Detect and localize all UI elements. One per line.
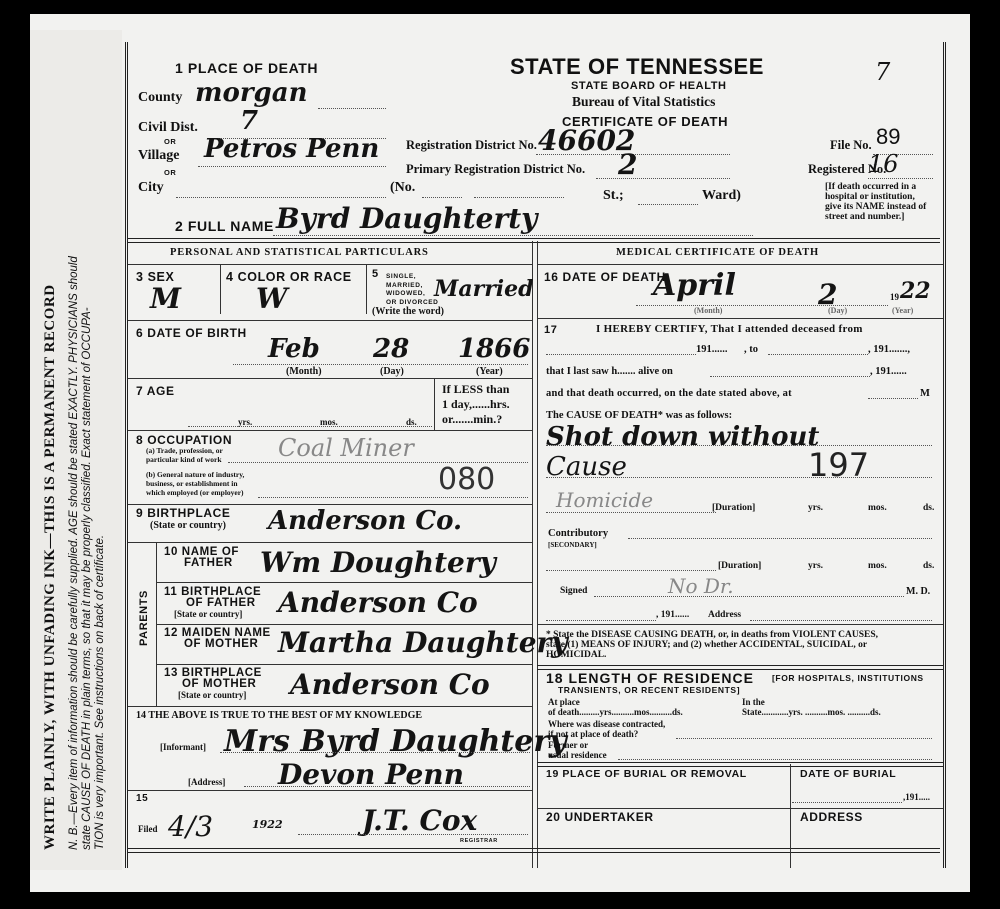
day-caption: (Day) — [380, 366, 404, 377]
st-label: St.; — [603, 188, 624, 204]
occ-a-line: (a) Trade, profession, or — [146, 446, 223, 455]
true-statement-label: 14 THE ABOVE IS TRUE TO THE BEST OF MY K… — [136, 710, 422, 721]
parents-label: PARENTS — [138, 590, 150, 646]
less-line: 1 day,......hrs. — [442, 397, 510, 412]
nb-instructions: N. B.—Every item of information should b… — [68, 256, 107, 850]
hospital-note: [If death occurred in a hospital or inst… — [825, 182, 926, 222]
corner-mark: 7 — [875, 58, 890, 86]
county-label: County — [138, 90, 182, 106]
cert-line-3b: , 191...... — [870, 366, 907, 377]
cause-footnote: * State the DISEASE CAUSING DEATH, or, i… — [546, 630, 878, 660]
at-place-of-death: At place of death.........yrs..........m… — [548, 697, 683, 717]
former-residence: Former or usual residence — [548, 740, 607, 760]
or-label-1: OR — [164, 137, 176, 146]
residence-sub-1: [FOR HOSPITALS, INSTITUTIONS — [772, 673, 924, 683]
residence-label: 18 LENGTH OF RESIDENCE — [546, 670, 754, 686]
county-value[interactable]: morgan — [195, 78, 307, 108]
marital-hint: (Write the word) — [372, 306, 444, 317]
registration-district-label: Registration District No. — [406, 138, 537, 153]
month-caption: (Month) — [286, 366, 322, 377]
cert-line-4: and that death occurred, on the date sta… — [546, 388, 792, 399]
duration-yrs-2: yrs. — [808, 561, 823, 571]
md-label: M. D. — [906, 586, 930, 597]
burial-date-label: DATE OF BURIAL — [800, 768, 896, 780]
father-name-label-line: FATHER — [164, 558, 239, 569]
mother-birthplace-label: 13 BIRTHPLACE OF MOTHER [State or countr… — [164, 668, 262, 701]
registrar-signature[interactable]: J.T. Cox — [362, 804, 477, 837]
former-line: usual residence — [548, 750, 607, 760]
race-label: 4 COLOR OR RACE — [226, 270, 352, 284]
city-no-label: (No. — [390, 180, 415, 196]
duration-ds-1: ds. — [923, 503, 934, 513]
father-birthplace-value[interactable]: Anderson Co — [278, 586, 478, 619]
death-certificate-form: 1 PLACE OF DEATH STATE OF TENNESSEE STAT… — [125, 42, 946, 868]
dod-year-caption: (Year) — [892, 306, 913, 315]
cause-line-1-value[interactable]: Shot down without — [546, 422, 819, 452]
mother-name-value[interactable]: Martha Daughtery — [278, 626, 568, 659]
burial-date-191: ,191..... — [903, 792, 930, 802]
occupation-b-label: (b) General nature of industry, business… — [146, 470, 244, 497]
file-no-label: File No. — [830, 138, 872, 153]
cert-item-num: 17 — [544, 324, 557, 336]
cause-of-death-label: The CAUSE OF DEATH* was as follows: — [546, 410, 732, 421]
item-15-label: 15 — [136, 793, 148, 804]
father-birthplace-label: 11 BIRTHPLACE OF FATHER [State or countr… — [164, 587, 261, 620]
signed-date-191: , 191...... — [656, 610, 689, 620]
secondary-label: [SECONDARY] — [548, 541, 597, 549]
dod-year-value[interactable]: 22 — [900, 278, 931, 304]
occ-b-line: business, or establishment in — [146, 479, 244, 488]
duration-yrs-1: yrs. — [808, 503, 823, 513]
duration-label-1: [Duration] — [712, 503, 755, 513]
dob-month-value[interactable]: Feb — [268, 334, 320, 364]
less-line: If LESS than — [442, 382, 510, 397]
in-state-line: State............yrs. ..........mos. ...… — [742, 707, 881, 717]
where-contracted: Where was disease contracted, if not at … — [548, 719, 665, 739]
cert-line-2a: 191...... — [696, 344, 728, 355]
birthplace-sub: (State or country) — [150, 520, 226, 531]
physician-address-label: Address — [708, 610, 741, 620]
mother-name-label: 12 MAIDEN NAME OF MOTHER — [164, 628, 271, 650]
nb-line-1: N. B.—Every item of information should b… — [68, 256, 81, 850]
occ-a-line: particular kind of work — [146, 455, 223, 464]
civil-dist-label: Civil Dist. — [138, 120, 198, 136]
contributory-label: Contributory — [548, 528, 608, 539]
medical-section-title: MEDICAL CERTIFICATE OF DEATH — [616, 247, 819, 258]
dod-month-value[interactable]: April — [653, 268, 736, 303]
filed-year-value[interactable]: 1922 — [252, 818, 283, 831]
filed-label: Filed — [138, 824, 158, 834]
dob-label: 6 DATE OF BIRTH — [136, 326, 247, 340]
mother-birthplace-value[interactable]: Anderson Co — [290, 668, 490, 701]
city-label: City — [138, 180, 164, 196]
bureau-title: Bureau of Vital Statistics — [572, 94, 715, 110]
civil-dist-value[interactable]: 7 — [240, 106, 258, 136]
mother-bp-label-line: [State or country] — [164, 690, 262, 701]
cause-line-3-value[interactable]: Homicide — [556, 488, 653, 512]
dob-year-value[interactable]: 1866 — [458, 334, 530, 364]
sex-value[interactable]: M — [150, 282, 181, 315]
cert-line-3a: that I last saw h....... alive on — [546, 366, 673, 377]
informant-label: [Informant] — [160, 742, 206, 752]
duration-label-2: [Duration] — [718, 561, 761, 571]
footnote-line: state (1) MEANS OF INJURY; and (2) wheth… — [546, 640, 878, 650]
full-name-label: 2 FULL NAME — [175, 218, 274, 234]
duration-mos-1: mos. — [868, 503, 887, 513]
full-name-value[interactable]: Byrd Daughterty — [276, 202, 537, 235]
birthplace-value[interactable]: Anderson Co. — [268, 506, 462, 536]
registered-no-value[interactable]: 16 — [868, 150, 899, 178]
year-caption: (Year) — [476, 366, 503, 377]
primary-district-label: Primary Registration District No. — [406, 162, 585, 177]
mother-name-label-line: OF MOTHER — [164, 639, 271, 650]
father-name-value[interactable]: Wm Doughtery — [260, 546, 496, 579]
where-line: Where was disease contracted, — [548, 719, 665, 729]
village-label: Village — [138, 148, 179, 164]
hospital-note-line: give its NAME instead of — [825, 202, 926, 212]
where-line: if not at place of death? — [548, 729, 665, 739]
age-ds: ds. — [406, 417, 417, 427]
registrar-label: REGISTRAR — [460, 838, 498, 844]
personal-section-title: PERSONAL AND STATISTICAL PARTICULARS — [170, 247, 429, 258]
write-plainly-notice: WRITE PLAINLY, WITH UNFADING INK—THIS IS… — [42, 284, 59, 850]
mother-bp-label-line: OF MOTHER — [164, 679, 262, 690]
father-name-label: 10 NAME OF FATHER — [164, 547, 239, 569]
occ-b-line: which employed (or employer) — [146, 488, 244, 497]
hospital-note-line: hospital or institution, — [825, 192, 926, 202]
instruction-stub: WRITE PLAINLY, WITH UNFADING INK—THIS IS… — [30, 30, 122, 870]
less-line: or.......min.? — [442, 412, 510, 427]
village-value[interactable]: Petros Penn — [204, 134, 379, 164]
less-than-day: If LESS than 1 day,......hrs. or.......m… — [442, 382, 510, 427]
occupation-a-label: (a) Trade, profession, or particular kin… — [146, 446, 223, 464]
occ-b-line: (b) General nature of industry, — [146, 470, 244, 479]
cert-line-4-m: M — [920, 388, 930, 399]
dod-year-prefix: 19 — [890, 292, 899, 302]
occupation-a-value[interactable]: Coal Miner — [278, 434, 414, 462]
footnote-line: HOMICIDAL. — [546, 650, 878, 660]
or-label-2: OR — [164, 168, 176, 177]
age-label: 7 AGE — [136, 384, 175, 398]
nb-line-2: state CAUSE OF DEATH in plain terms, so … — [81, 256, 94, 850]
occupation-code: 080 — [438, 462, 495, 497]
burial-place-label: 19 PLACE OF BURIAL OR REMOVAL — [546, 768, 747, 780]
father-bp-label-line: [State or country] — [164, 609, 261, 620]
dob-day-value[interactable]: 28 — [373, 334, 409, 364]
address-label: [Address] — [188, 777, 225, 787]
former-line: Former or — [548, 740, 607, 750]
in-state-line: In the — [742, 697, 881, 707]
signed-label: Signed — [560, 586, 587, 596]
state-title: STATE OF TENNESSEE — [510, 54, 764, 80]
hospital-note-line: street and number.] — [825, 212, 926, 222]
father-bp-label-line: OF FATHER — [164, 598, 261, 609]
cert-line-2c: , 191......., — [868, 344, 910, 355]
birthplace-label: 9 BIRTHPLACE — [136, 506, 231, 520]
marital-item-num: 5 — [372, 268, 379, 280]
footnote-line: * State the DISEASE CAUSING DEATH, or, i… — [546, 630, 878, 640]
duration-ds-2: ds. — [923, 561, 934, 571]
date-of-death-label: 16 DATE OF DEATH — [544, 270, 666, 284]
cert-line-1: I HEREBY CERTIFY, That I attended deceas… — [596, 323, 863, 335]
nb-line-3: TION is very important. See instructions… — [94, 256, 107, 850]
marital-value[interactable]: Married — [434, 276, 534, 302]
undertaker-label: 20 UNDERTAKER — [546, 810, 654, 824]
place-of-death-heading: 1 PLACE OF DEATH — [175, 60, 318, 76]
age-mos: mos. — [320, 417, 338, 427]
filed-date-value[interactable]: 4/3 — [168, 810, 213, 843]
signed-value[interactable]: No Dr. — [668, 574, 734, 598]
dod-day-caption: (Day) — [828, 306, 847, 315]
marital-option: WIDOWED, — [386, 290, 438, 299]
ward-label: Ward) — [702, 188, 741, 204]
cert-line-2b: , to — [744, 344, 758, 355]
marital-option: MARRIED, — [386, 282, 438, 291]
marital-options: SINGLE, MARRIED, WIDOWED, OR DIVORCED — [386, 273, 438, 307]
occupation-label: 8 OCCUPATION — [136, 433, 232, 447]
in-the-state: In the State............yrs. ..........m… — [742, 697, 881, 717]
hospital-note-line: [If death occurred in a — [825, 182, 926, 192]
primary-district-value[interactable]: 2 — [618, 148, 637, 181]
age-yrs: yrs. — [238, 417, 252, 427]
duration-mos-2: mos. — [868, 561, 887, 571]
board-of-health: STATE BOARD OF HEALTH — [571, 80, 727, 92]
at-place-line: of death.........yrs..........mos.......… — [548, 707, 683, 717]
at-place-line: At place — [548, 697, 683, 707]
informant-value[interactable]: Mrs Byrd Daughtery — [224, 724, 567, 759]
residence-sub-2: TRANSIENTS, OR RECENT RESIDENTS] — [558, 685, 740, 695]
marital-option: SINGLE, — [386, 273, 438, 282]
cause-code: 197 — [808, 446, 869, 484]
dod-month-caption: (Month) — [694, 306, 722, 315]
file-no-value[interactable]: 89 — [876, 124, 900, 150]
undertaker-address-label: ADDRESS — [800, 810, 863, 824]
race-value[interactable]: W — [256, 282, 287, 315]
